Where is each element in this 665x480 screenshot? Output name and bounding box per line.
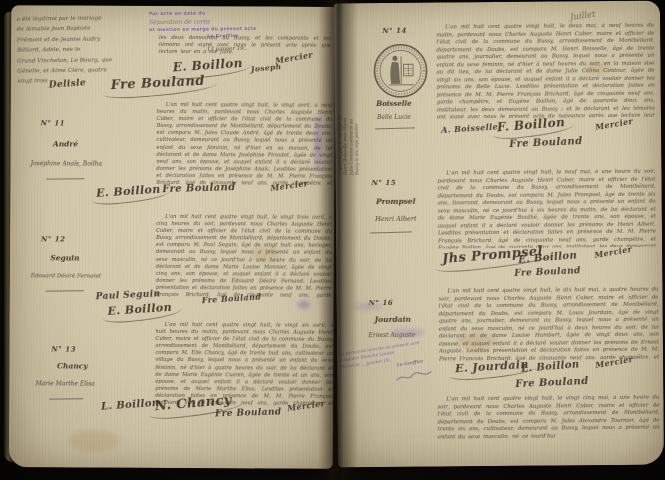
signature-bouland: Fre Bouland [162, 182, 236, 195]
gutter-vertical-note: Légitimée par le mariage de Henri Boisse… [336, 43, 360, 175]
signature-mercier: Mercier [594, 116, 633, 132]
foxing-spot [69, 429, 119, 451]
margin-rule [49, 398, 83, 399]
act-margin-name: Prompsel [358, 197, 434, 207]
act-margin-detail: Édouard Désiré Fernand [10, 272, 122, 281]
act-margin-name: Jourdain [357, 315, 429, 325]
signature-bouland: Fre Bouland [514, 266, 581, 279]
signature-bouland: Fre Bouland [509, 136, 583, 150]
signature-seguin: Paul Seguin [95, 289, 160, 302]
act-number: N° 15 [372, 179, 397, 187]
act-body: L'an mil huit cent quatre vingt huit, le… [436, 23, 655, 119]
margin-rule [46, 178, 84, 179]
act-margin-detail: Joséphine Anaïs, Boilha [10, 160, 122, 169]
act-margin-name: André [28, 139, 102, 148]
signature-boillon: F. Boillon [496, 115, 565, 137]
act-margin-name: Chancy [35, 361, 109, 370]
left-page: a été légitimé par le mariage de Aimable… [9, 5, 335, 469]
signature-boillon: L. Boillon [101, 398, 160, 413]
act-margin-name: Boisselle [357, 99, 431, 109]
signature-boillon: E. Boillon [107, 301, 172, 321]
signature-boillon: L. Boillon [521, 359, 580, 375]
purple-smudge [353, 303, 383, 310]
act-margin-detail: Marie Marthe Elisa [13, 380, 117, 389]
act-body: L'an mil huit cent quatre vingt huit, le… [156, 102, 332, 185]
act-number: N° 12 [41, 235, 66, 243]
signature-bouland: Fre Bouland [215, 407, 282, 419]
act-margin-detail: Belle Lucie [357, 114, 431, 123]
signature-bouland: Fre Bouland [110, 74, 205, 96]
signature-bouland: Fre Bouland [515, 376, 589, 390]
signature-boillon: E. Boillon [96, 183, 161, 203]
margin-rule [370, 231, 412, 233]
signature-delisle: Delisle [49, 78, 87, 90]
margin-rule [375, 127, 415, 129]
act-body: L'an mil huit cent quatre vingt huit, le… [437, 169, 656, 249]
corner-annotation: Juillet [570, 10, 597, 23]
gutter-note-line: Bussy le dix sept janvier [353, 43, 360, 175]
act-margin-name: Seguin [28, 253, 102, 262]
act-number: N° 13 [51, 345, 76, 353]
signature-jourdain: E. Jourdain [455, 358, 530, 378]
act-margin-detail: Henri Albert [358, 215, 434, 224]
act-number: N° 14 [382, 27, 407, 35]
trailing-paragraph: L'an mil huit cent quatre vingt huit, le… [437, 395, 659, 439]
right-page: Juillet Légitimée par le mariage de Henr… [334, 1, 664, 468]
register-scan: a été légitimé par le mariage de Aimable… [0, 0, 665, 480]
act-number: N° 11 [41, 119, 66, 127]
fiscal-stamp-icon [372, 43, 428, 99]
act-body: L'an mil huit cent quatre vingt huit, le… [156, 214, 332, 299]
signature-boisselle: A. Boisselle [441, 122, 498, 135]
margin-rule [46, 290, 84, 291]
act-body: L'an mil huit cent quatre vingt huit, le… [438, 287, 659, 361]
act-body: L'an mil huit cent quatre vingt huit, le… [155, 322, 333, 407]
purple-marriage-note: La personne inscrite au présent acte a é… [338, 337, 447, 397]
purple-smudge [298, 301, 310, 309]
